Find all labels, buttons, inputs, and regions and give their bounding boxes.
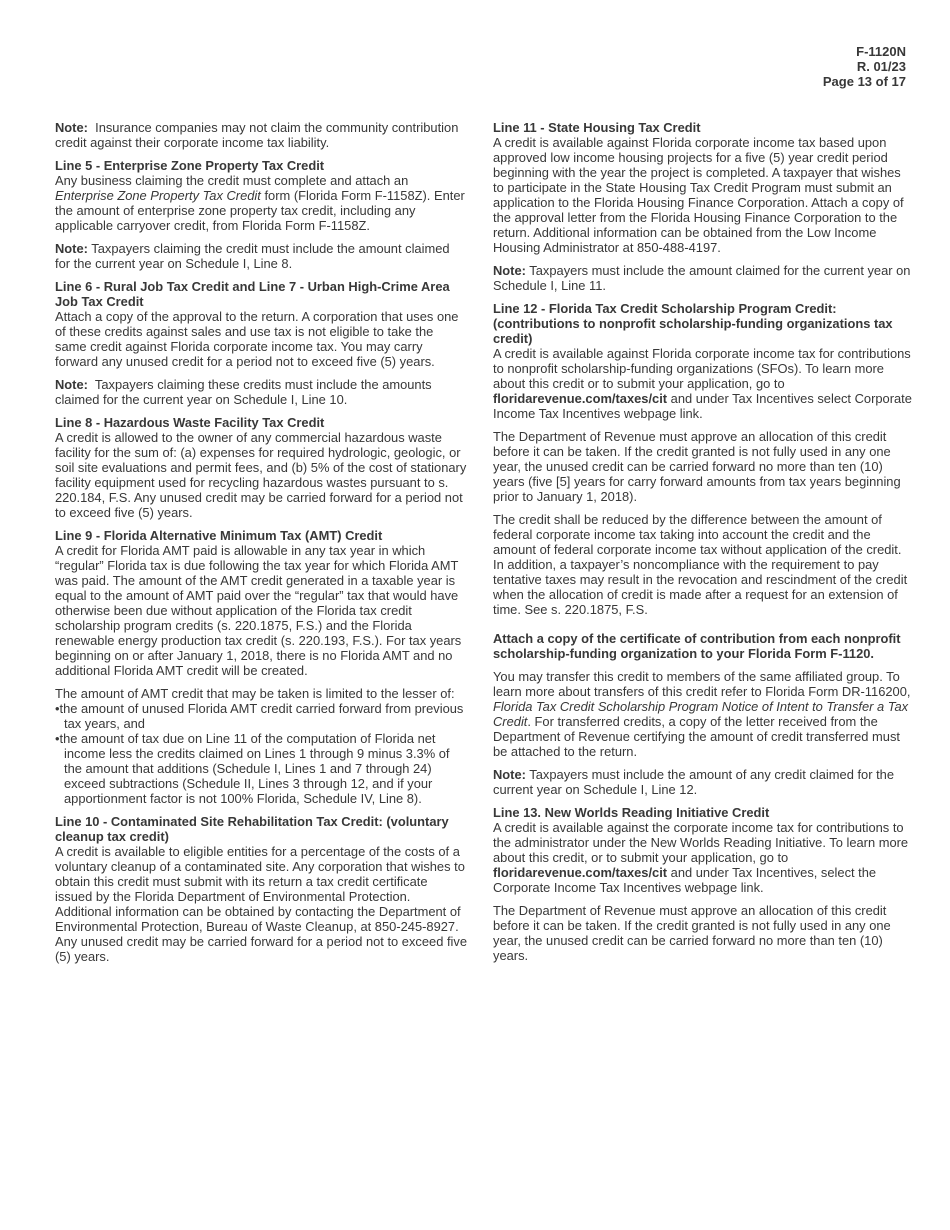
- form-revision: R. 01/23: [823, 59, 906, 74]
- text-segment: The Department of Revenue must approve a…: [493, 429, 904, 504]
- section-heading: Line 11 - State Housing Tax Credit: [493, 120, 912, 135]
- list-intro: The amount of AMT credit that may be tak…: [55, 686, 467, 701]
- bullet-item: the amount of tax due on Line 11 of the …: [55, 731, 467, 806]
- left-column: Note: Insurance companies may not claim …: [55, 120, 467, 972]
- text-segment: Note:: [55, 241, 88, 256]
- note-paragraph: Note: Taxpayers must include the amount …: [493, 263, 912, 293]
- text-segment: floridarevenue.com/taxes/cit: [493, 865, 667, 880]
- document-page: F-1120N R. 01/23 Page 13 of 17 Note: Ins…: [0, 0, 950, 1230]
- text-segment: Note:: [55, 120, 88, 135]
- section-heading: Line 9 - Florida Alternative Minimum Tax…: [55, 528, 467, 543]
- text-segment: The credit shall be reduced by the diffe…: [493, 512, 911, 617]
- page-number: Page 13 of 17: [823, 74, 906, 89]
- body-paragraph: Any business claiming the credit must co…: [55, 173, 467, 233]
- section-heading: Line 12 - Florida Tax Credit Scholarship…: [493, 301, 912, 346]
- section-heading: Line 5 - Enterprise Zone Property Tax Cr…: [55, 158, 467, 173]
- text-segment: Note:: [493, 767, 526, 782]
- text-segment: The Department of Revenue must approve a…: [493, 903, 894, 963]
- section-heading: Line 10 - Contaminated Site Rehabilitati…: [55, 814, 467, 844]
- text-segment: Enterprise Zone Property Tax Credit: [55, 188, 261, 203]
- text-segment: A credit is available against Florida co…: [493, 135, 907, 255]
- text-segment: A credit is available against Florida co…: [493, 346, 914, 391]
- text-segment: You may transfer this credit to members …: [493, 669, 914, 699]
- document-body: Note: Insurance companies may not claim …: [55, 120, 912, 972]
- bullet-list-block: The amount of AMT credit that may be tak…: [55, 686, 467, 806]
- body-paragraph: A credit is available against Florida co…: [493, 135, 912, 255]
- text-segment: Insurance companies may not claim the co…: [55, 120, 462, 150]
- note-paragraph: Note: Taxpayers must include the amount …: [493, 767, 912, 797]
- text-segment: Taxpayers must include the amount of any…: [493, 767, 898, 797]
- text-segment: Taxpayers claiming these credits must in…: [55, 377, 435, 407]
- note-paragraph: Note: Taxpayers claiming the credit must…: [55, 241, 467, 271]
- right-column: Line 11 - State Housing Tax CreditA cred…: [493, 120, 912, 971]
- section-heading: Line 13. New Worlds Reading Initiative C…: [493, 805, 912, 820]
- text-segment: Any business claiming the credit must co…: [55, 173, 412, 188]
- body-paragraph: A credit is allowed to the owner of any …: [55, 430, 467, 520]
- text-segment: A credit is available to eligible entiti…: [55, 844, 471, 964]
- text-segment: Attach a copy of the approval to the ret…: [55, 309, 462, 369]
- body-paragraph: You may transfer this credit to members …: [493, 669, 912, 759]
- text-segment: A credit is allowed to the owner of any …: [55, 430, 470, 520]
- text-segment: Taxpayers must include the amount claime…: [493, 263, 914, 293]
- body-paragraph: Attach a copy of the approval to the ret…: [55, 309, 467, 369]
- text-segment: A credit is available against the corpor…: [493, 820, 912, 865]
- body-paragraph: A credit is available to eligible entiti…: [55, 844, 467, 964]
- section-heading: Line 6 - Rural Job Tax Credit and Line 7…: [55, 279, 467, 309]
- note-paragraph: Note: Insurance companies may not claim …: [55, 120, 467, 150]
- text-segment: A credit for Florida AMT paid is allowab…: [55, 543, 465, 678]
- body-paragraph: A credit is available against Florida co…: [493, 346, 912, 421]
- bullet-item: the amount of unused Florida AMT credit …: [55, 701, 467, 731]
- text-segment: The amount of AMT credit that may be tak…: [55, 686, 455, 701]
- text-segment: Note:: [55, 377, 88, 392]
- note-paragraph: Note: Taxpayers claiming these credits m…: [55, 377, 467, 407]
- form-id: F-1120N: [823, 44, 906, 59]
- text-segment: Taxpayers claiming the credit must inclu…: [55, 241, 453, 271]
- body-paragraph: The credit shall be reduced by the diffe…: [493, 512, 912, 617]
- body-paragraph: Attach a copy of the certificate of cont…: [493, 631, 912, 661]
- body-paragraph: A credit for Florida AMT paid is allowab…: [55, 543, 467, 678]
- text-segment: . For transferred credits, a copy of the…: [493, 714, 904, 759]
- text-segment: floridarevenue.com/taxes/cit: [493, 391, 667, 406]
- body-paragraph: The Department of Revenue must approve a…: [493, 429, 912, 504]
- text-segment: Note:: [493, 263, 526, 278]
- body-paragraph: A credit is available against the corpor…: [493, 820, 912, 895]
- text-segment: Attach a copy of the certificate of cont…: [493, 631, 904, 661]
- bullet-list: the amount of unused Florida AMT credit …: [55, 701, 467, 806]
- body-paragraph: The Department of Revenue must approve a…: [493, 903, 912, 963]
- section-heading: Line 8 - Hazardous Waste Facility Tax Cr…: [55, 415, 467, 430]
- page-header: F-1120N R. 01/23 Page 13 of 17: [823, 44, 906, 89]
